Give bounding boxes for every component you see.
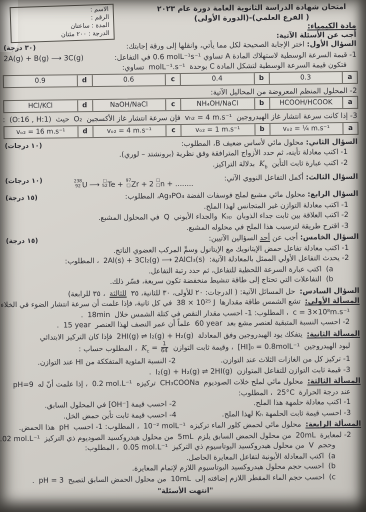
time-60year: 60 year xyxy=(195,319,223,329)
option-value: 0.3 xyxy=(268,72,342,84)
p2-t4: ، وقيمة ثابت التوازن xyxy=(173,342,233,352)
q4-p2b-text: والجداء الأيوني xyxy=(174,212,218,222)
q1-item1-equation: 2A(g) + B(g) ⟶ 3C(g) xyxy=(4,53,84,63)
p4-l3b: من محلول هيدروكسيد البوتاسيوم ذي التركيز xyxy=(172,441,304,452)
option-value: 0.4 xyxy=(180,73,254,85)
koh-volume-symbol: V xyxy=(309,441,314,451)
option-value: HCOOH/HCOOK xyxy=(269,97,343,109)
hi-initial-concentration: [HI]₀ = 0.8molL⁻¹ xyxy=(238,342,300,352)
reverse-equilibrium-equation: I₂(g) + H₂(g) ⇌ 2HI(g) xyxy=(155,366,232,376)
option-letter: a xyxy=(342,97,357,108)
option-letter: d xyxy=(76,75,91,86)
q1-item3-o2: O₂ xyxy=(74,114,83,124)
ksp-symbol: Kₛₚ xyxy=(222,211,233,221)
kc-fraction: 164 xyxy=(161,341,168,354)
naoh-concentration: 0.02 mol.L⁻¹ xyxy=(0,434,40,444)
kc-value: Kc = 164 xyxy=(141,341,169,356)
q5-t1: أجب عن xyxy=(272,233,298,242)
naoh-volume: 5mL xyxy=(178,432,194,442)
p4-l2c: من محلول هيدروكسيد الصوديوم ذي التركيز xyxy=(44,432,173,443)
option-value: vₒ₂ = 16 m.s⁻¹ xyxy=(4,126,77,138)
p4-l2a: 2- لمعايرة xyxy=(320,430,351,439)
q5-t2: السؤالين الآتيين: xyxy=(209,233,258,243)
acetate-concentration: 0.2 mol.L⁻¹ xyxy=(92,379,132,389)
p3-t1: محلول مائي لملح خلات الصوديوم xyxy=(204,377,303,387)
p1-t2: في كل ثانية، فإذا علمت أن سرعة انتشار ال… xyxy=(1,298,173,309)
q5-pb-text: التفاعلات التي تحتاج إلى طاقة تنشيط منخف… xyxy=(110,275,322,287)
p3-t5: ، المطلوب: xyxy=(238,388,272,397)
p3-req3: 3- احسب قيمة ثابت الحلمهة Kₕ لهذا الملح. xyxy=(178,408,351,420)
item-marker-c: (c xyxy=(329,472,336,482)
p3-c3b: لهذا الملح. xyxy=(222,409,253,418)
kb-sub: b xyxy=(265,165,268,170)
q6-t1: حل المسائل الآتية: ( الدرجات: ٢٠ للأولى،… xyxy=(131,286,295,297)
option-letter: c xyxy=(165,74,180,85)
q4-p3-text: 3- اقترح طريقة لترسيب هذا الملح في محلول… xyxy=(186,221,349,232)
q4-t1: محلول مائي مشبع لملح فوسفات الفضة xyxy=(187,189,306,199)
option-letter: c xyxy=(165,99,180,110)
q5-label: السؤال الخامس: xyxy=(300,232,359,242)
nuclear-equation: 23892U ⟶ □52Te + 97□Zr + 2□□n + ........ xyxy=(73,179,193,190)
option-letter: a xyxy=(342,72,357,83)
q4-marks: (١٥ درجة) xyxy=(5,194,37,203)
q5-p2b-text: ، المطلوب: xyxy=(65,256,99,265)
p1-l3a: 2- احسب النسبة المتبقية لعنصر مشع بعد xyxy=(227,317,350,328)
option-letter: c xyxy=(165,125,180,136)
p4-b-text: احسب حجم محلول هيدروكسيد البوتاسيوم اللا… xyxy=(132,462,324,473)
q4-p2c-text: في المحلول المشبع. xyxy=(98,212,159,222)
plus-sign: + xyxy=(117,180,123,190)
q1-item3-t1: 3- إذا كانت سرعة انتشار غاز الهيدروجين xyxy=(236,111,357,121)
p4-a-text: اكتب المعادلة الأيونية لتفاعل المعايرة ا… xyxy=(186,451,324,462)
p2-t3: ليود الهيدروجين xyxy=(304,341,350,351)
plus-sign: + xyxy=(141,180,147,190)
p2-p3b: . xyxy=(149,367,151,376)
p1-t1: تشع الشمس طاقة مقدارها xyxy=(220,297,301,307)
p4-c1-text: احسب حجم الماء المقطر اللازم إضافته إلى xyxy=(195,472,325,483)
sun-energy-value: 38 × 10²⁵ J xyxy=(176,298,215,308)
q5-marks: (١٥ درجة) xyxy=(6,237,38,246)
p3-t2: تركيزه xyxy=(136,379,155,388)
option-value: NaOH/NaCl xyxy=(92,99,166,111)
p2-t2: فإذا كان التركيز الابتدائي xyxy=(40,332,113,342)
neutron-coefficient: 2 xyxy=(149,180,154,190)
q3-t1: أكمل التفاعل النووي الآتي: xyxy=(224,173,304,183)
zirconium-nuclide: 97□Zr xyxy=(125,180,139,190)
q1-item1-t3: فتكون قيمة السرعة الوسطية لتشكل المادة C… xyxy=(190,60,347,71)
q1-item1-unit: molL⁻¹.s⁻¹ xyxy=(148,62,185,72)
reaction-arrow: ⟶ xyxy=(89,180,99,190)
p2-p3a: 3- قيمة ثابت التوازن للتفاعل المتوازن xyxy=(237,365,351,375)
q1-item1-t4: تساوي: xyxy=(122,63,144,72)
q5-underlined-word: أحد xyxy=(260,233,270,242)
item-marker-a: (a xyxy=(328,451,335,461)
q5-header-text: السؤال الخامس: أجب عن أحد السؤالين الآتي… xyxy=(209,232,359,243)
p2-t5: ، المطلوب حساب : xyxy=(79,344,138,354)
koh-concentration: 0.05 mol.L⁻¹ xyxy=(123,443,168,453)
p3-t4: عند درجة الحرارة xyxy=(299,387,351,397)
option-value: 0.9 xyxy=(4,75,77,87)
silver-phosphate-formula: Ag₃PO₄ xyxy=(159,191,184,201)
option-value: NH₄OH/NaCl xyxy=(180,98,254,110)
q1-item3-t4: : xyxy=(3,115,6,124)
q3-header-text: السؤال الثالث: أكمل التفاعل النووي الآتي… xyxy=(224,172,358,183)
q1-item2-text: 2- المحلول المنظم المعروضة من المحاليل ا… xyxy=(211,86,358,97)
q2-label: السؤال الثاني: xyxy=(306,137,358,147)
q1-item3-masses: (O:16 , H:1) xyxy=(9,115,51,125)
p3-c2a: 2- احسب قيمة xyxy=(131,400,176,410)
p1-l3c: . xyxy=(57,321,59,330)
item-marker-b: (b xyxy=(326,274,333,284)
option-letter: a xyxy=(342,123,357,134)
ionic-product-symbol: Q xyxy=(164,212,170,222)
q1-item1-t2: في التفاعل: xyxy=(114,52,150,61)
option-value: HCl/KCl xyxy=(4,100,77,112)
q3-line: السؤال الثالث: أكمل التفاعل النووي الآتي… xyxy=(4,172,359,191)
problem3-label: المسألة الثالثة: xyxy=(307,376,360,386)
q1-item1-rate-value: 0.6 molL⁻¹s⁻¹ xyxy=(153,51,201,61)
instruction-line: أجب عن الأسئلة الآتية: xyxy=(276,30,356,40)
q5-pa-text: اكتب عبارة السرعة اللحظية للتفاعل، ثم حد… xyxy=(148,264,321,275)
q2-base-symbol: B xyxy=(215,138,220,148)
p4-t1: محلول مائي لحمض كلور الماء تركيزه xyxy=(190,420,301,430)
hydroxide-symbol: [OH⁻] xyxy=(108,400,129,410)
ph-value: pH=9 xyxy=(13,380,34,390)
problem1-label: المسألة الأولى: xyxy=(305,296,360,306)
temperature-value: 25°C xyxy=(277,388,295,398)
p3-t3: ، إذا علمت أنّ له xyxy=(38,380,88,390)
hi-equilibrium-equation: 2HI(g) ⇌ I₂(g) + H₂(g) xyxy=(117,331,194,341)
p3-c3a: 3- احسب قيمة ثابت الحلمهة xyxy=(265,408,351,418)
p4-c3-text: . xyxy=(32,476,34,485)
item-marker-a: (a xyxy=(326,264,333,274)
q1-item3-t2: فإن سرعة انتشار غاز الأكسجين xyxy=(86,113,180,123)
p1-t4: . xyxy=(81,310,83,319)
q1-item3-h2-rate: vₕ₂ = 4 m.s⁻¹ xyxy=(185,113,232,123)
q2-t2: ، المطلوب: xyxy=(181,138,215,147)
option-value: vₒ₂ = 1 m.s⁻¹ xyxy=(180,124,254,136)
p3-req4: 4- احسب قيمة ثابت تأين حمض الخل. xyxy=(63,410,176,421)
equation-tail: + ........ xyxy=(167,179,194,189)
p2-t1: يتفكك يود الهيدروجين وفق المعادلة xyxy=(198,329,303,339)
p4-l3c: ، المطلوب: xyxy=(85,443,119,452)
u-charge: 92 xyxy=(74,185,82,190)
q6-t2: ، ٣٥ للرابعة) xyxy=(68,289,105,298)
u-symbol: U xyxy=(82,181,87,191)
acid-volume: 20mL xyxy=(296,430,316,440)
option-letter: b xyxy=(254,124,269,135)
q2-marks: (١٠ درجات) xyxy=(5,141,43,150)
aluminium-chloride-equation: 2Al(s) + 3Cl₂(g) ⟶ 2AlCl₃(s) xyxy=(103,255,205,266)
exam-paper-photo: الاسم : الرقم : المدة : ساعتان الدرجة : … xyxy=(0,0,366,512)
kc-denominator: 64 xyxy=(161,349,168,355)
problem4-label: المسألة الرابعة: xyxy=(305,419,361,429)
tellurium-nuclide: □52Te xyxy=(102,180,116,190)
p3-req2: 2- احسب قيمة [OH⁻] في المحلول السابق. xyxy=(45,400,177,411)
p4-c2-text: من محلول الحمض السابق لتصبح xyxy=(68,474,166,484)
header: الاسم : الرقم : المدة : ساعتان الدرجة : … xyxy=(2,1,357,43)
neutron-nuclide: □□n xyxy=(156,180,165,190)
option-value: vₒ₂ = ¼ m.s⁻¹ xyxy=(269,123,343,135)
target-ph: pH = 3 xyxy=(39,475,64,485)
kb-symbol: Kb xyxy=(259,159,267,172)
option-letter: d xyxy=(77,100,92,111)
n-symbol: n xyxy=(160,180,165,190)
te-symbol: Te xyxy=(108,180,116,190)
q2-p2b-text: بدلالة التراكيز. xyxy=(212,159,254,169)
q1-item3-t3: حيث xyxy=(56,115,70,124)
light-speed-value: c = 3×10⁸m.s⁻¹ xyxy=(293,307,350,317)
option-letter: d xyxy=(77,126,92,137)
p1-t3: ، المطلوب: 1- احسب مقدار النقص في كتلة ا… xyxy=(114,307,288,318)
q1-marks: (٣٠ درجة) xyxy=(3,44,35,53)
p4-t2: ، المطلوب: 1- احسب xyxy=(73,422,139,432)
uranium-nuclide: 23892U xyxy=(73,181,87,191)
info-grade-label: الدرجة : ٢٠٠ مئتان xyxy=(15,30,109,41)
time-18min: 18min xyxy=(87,310,110,320)
option-value: vₒ₂ = 4 m.s⁻¹ xyxy=(92,125,166,137)
q6-underlined-word: للثالثة xyxy=(109,288,126,297)
water-volume: 10mL xyxy=(171,474,191,484)
problem2-label: المسألة الثانية: xyxy=(307,329,360,339)
q3-marks: (١٠ درجات) xyxy=(5,177,43,186)
student-info-box: الاسم : الرقم : المدة : ساعتان الدرجة : … xyxy=(10,4,115,44)
option-letter: b xyxy=(254,98,269,109)
p4-t3: هذا الحمض. xyxy=(19,423,55,432)
p2-req2: 2- النسبة المئوية المتفككة من HI عند الت… xyxy=(38,357,176,368)
p4-l3a: وحجم xyxy=(318,441,335,450)
q4-t2: ، المطلوب: xyxy=(125,191,159,200)
q4-label: السؤال الرابع: xyxy=(307,189,358,199)
q2-p2a-text: 2- اكتب عبارة ثابت التأين xyxy=(272,158,348,168)
q2-t1: محلول مائي لأساس ضعيف xyxy=(223,137,304,147)
p3-c2b: في المحلول السابق. xyxy=(45,400,106,410)
q1-item1-t1: 1- قيمة السرعة الوسطية لاستهلاك المادة A… xyxy=(203,50,356,61)
q5-p2a-text: 2- يحدث التفاعل الأولي الممثل بالمعادلة … xyxy=(209,253,349,264)
p4-l2b: من محلول الحمض السابق يلزم xyxy=(198,431,292,441)
kc-numerator: 1 xyxy=(161,341,168,348)
kc-equals: = xyxy=(149,343,160,352)
q1-label: السؤال الأول: xyxy=(307,39,357,49)
q3-label: السؤال الثالث: xyxy=(306,172,358,182)
hcl-concentration: 10⁻² molL⁻¹ xyxy=(143,421,185,431)
q4-p1-text: 1- اكتب معادلة التوازن غير المتجانس لهذا… xyxy=(204,200,349,211)
half-life-15year: 15 year xyxy=(63,320,91,330)
q6-label: السؤال السادس: xyxy=(300,286,360,296)
q4-p2a-text: 2- اكتب العلاقة بين ثابت جداء الذوبان xyxy=(236,210,348,220)
item-marker-b: (b xyxy=(328,462,335,472)
p1-l3b: علماً أن عمر النصف لهذا العنصر xyxy=(95,319,191,329)
sodium-acetate-formula: CH₃COONa xyxy=(160,378,200,388)
ph-symbol: pH xyxy=(59,423,69,433)
option-value: 0.6 xyxy=(91,74,165,86)
exam-paper: الاسم : الرقم : المدة : ساعتان الدرجة : … xyxy=(2,1,363,506)
zr-symbol: Zr xyxy=(131,180,139,190)
option-letter: b xyxy=(253,73,268,84)
kh-symbol: Kₕ xyxy=(255,409,263,419)
end-of-questions: "انتهت الأسئلة" xyxy=(8,484,363,498)
